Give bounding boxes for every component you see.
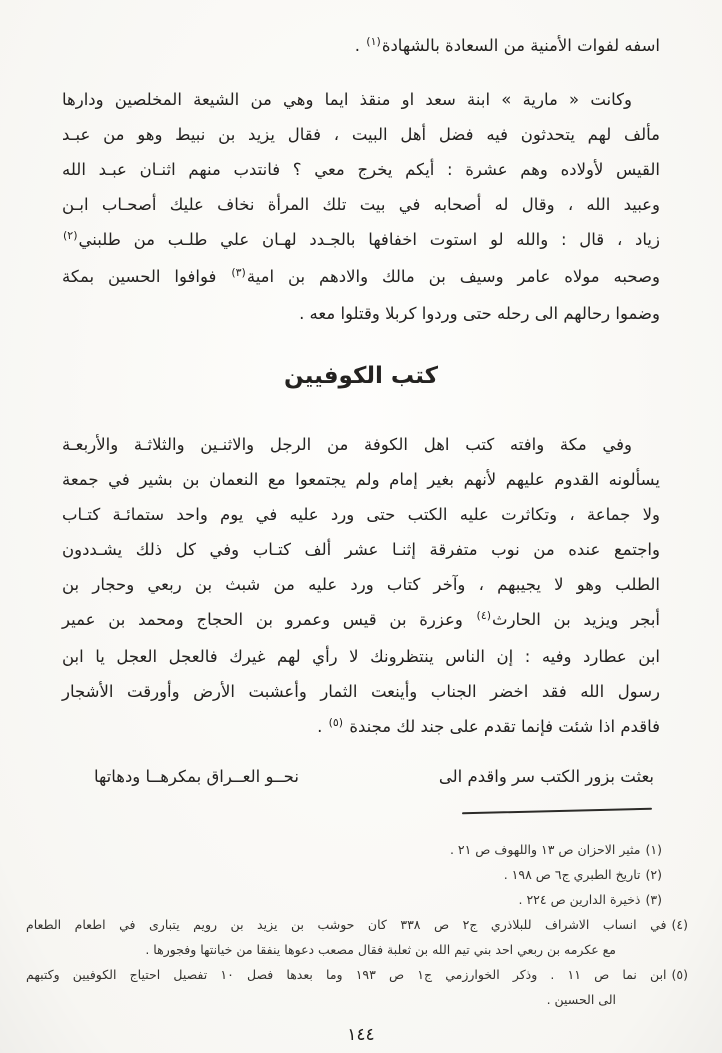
- footnote-text: ابن نما ص ١١ . وذكر الخوارزمي ج١ ص ١٩٣ و…: [26, 967, 667, 982]
- footnote-line: (٥)ابن نما ص ١١ . وذكر الخوارزمي ج١ ص ١٩…: [26, 962, 688, 987]
- text-line: يسألونه القدوم عليهم لأنهم بغير إمام ولم…: [62, 462, 660, 497]
- text-line: ولا جماعة ، وتكاثرت عليه الكتب حتى ورد ع…: [62, 497, 660, 532]
- text-segment: يسألونه القدوم عليهم لأنهم بغير إمام ولم…: [62, 470, 660, 489]
- text-line: فاقدم اذا شئت فإنما تقدم على جند لك مجند…: [62, 709, 660, 746]
- paragraph-mariya: وكانت « مارية » ابنة سعد او منقذ ايما وه…: [62, 82, 660, 331]
- text-segment: اسفه لفوات الأمنية من السعادة بالشهادة: [382, 36, 660, 55]
- footnote-number: (٣): [646, 892, 663, 907]
- footnote-line: (١)مثير الاحزان ص ١٣ واللهوف ص ٢١ .: [26, 837, 688, 862]
- page-number: ١٤٤: [0, 1025, 722, 1045]
- intro-line: اسفه لفوات الأمنية من السعادة بالشهادة(١…: [62, 28, 660, 65]
- footnote-ref: (٣): [231, 266, 246, 279]
- text-segment: .: [355, 36, 366, 55]
- text-line: ابن عطارد وفيه : إن الناس ينتظرونك لا رأ…: [62, 639, 660, 674]
- footnote-line: (٤)في انساب الاشراف للبلاذري ج٢ ص ٣٣٨ كا…: [26, 912, 688, 937]
- text-segment: وضموا رحالهم الى رحله حتى وردوا كربلا وق…: [299, 304, 660, 323]
- footnote-ref: (٤): [477, 609, 492, 622]
- text-line: القيس لأولاده وهم عشرة : أيكم يخرج معي ؟…: [62, 152, 660, 187]
- text-segment: القيس لأولاده وهم عشرة : أيكم يخرج معي ؟…: [62, 160, 660, 179]
- text-segment: أبجر ويزيد بن الحارث: [492, 610, 660, 629]
- text-line: وصحبه مولاه عامر وسيف بن مالك والادهم بن…: [62, 259, 660, 296]
- text-segment: .: [317, 717, 328, 736]
- footnote-number: (٥): [672, 967, 689, 982]
- text-segment: فاقدم اذا شئت فإنما تقدم على جند لك مجند…: [344, 717, 660, 736]
- paragraph-kufa: وفي مكة وافته كتب اهل الكوفة من الرجل وا…: [62, 427, 660, 746]
- text-line: وكانت « مارية » ابنة سعد او منقذ ايما وه…: [62, 82, 660, 117]
- footnote-line: مع عكرمه بن ربعي احد بني تيم الله بن ثعل…: [26, 937, 688, 962]
- verse-second-hemistich: نحــو العــراق بمكرهــا ودهاتها: [94, 759, 299, 794]
- verse-line: بعثت بزور الكتب سر واقدم الى نحــو العــ…: [62, 746, 660, 794]
- text-line: وعبيد الله ، وقال له أصحابه في بيت تلك ا…: [62, 187, 660, 222]
- text-segment: زياد ، قال : والله لو استوت اخفافها بالج…: [79, 230, 660, 249]
- footnote-ref: (١): [366, 35, 381, 48]
- text-line: الطلب وهو لا يجيبهم ، وآخر كتاب ورد عليه…: [62, 567, 660, 602]
- footnote-text: مثير الاحزان ص ١٣ واللهوف ص ٢١ .: [450, 842, 641, 857]
- footnote-text: مع عكرمه بن ربعي احد بني تيم الله بن ثعل…: [145, 942, 616, 957]
- footnote-line: الى الحسين .: [26, 987, 688, 1012]
- text-line: زياد ، قال : والله لو استوت اخفافها بالج…: [62, 222, 660, 259]
- footnote-divider: [462, 808, 652, 815]
- text-column: اسفه لفوات الأمنية من السعادة بالشهادة(١…: [62, 28, 660, 812]
- footnotes-section: (١)مثير الاحزان ص ١٣ واللهوف ص ٢١ .(٢)تا…: [26, 837, 688, 1012]
- verse-first-hemistich: بعثت بزور الكتب سر واقدم الى: [439, 759, 654, 794]
- footnote-number: (٢): [646, 867, 663, 882]
- text-line: مألف لهم يتحدثون فيه فضل أهل البيت ، فقا…: [62, 117, 660, 152]
- footnote-ref: (٢): [63, 229, 78, 242]
- text-line: وضموا رحالهم الى رحله حتى وردوا كربلا وق…: [62, 296, 660, 331]
- section-heading: كتب الكوفيين: [62, 363, 660, 389]
- text-segment: واجتمع عنده من نوب متفرقة إثنـا عشر ألف …: [62, 540, 660, 559]
- text-segment: فوافوا الحسين بمكة: [62, 267, 230, 286]
- text-line: واجتمع عنده من نوب متفرقة إثنـا عشر ألف …: [62, 532, 660, 567]
- book-page: اسفه لفوات الأمنية من السعادة بالشهادة(١…: [0, 0, 722, 1053]
- footnote-number: (٤): [672, 917, 689, 932]
- footnote-text: تاريخ الطبري ج٦ ص ١٩٨ .: [504, 867, 641, 882]
- footnote-ref: (٥): [329, 716, 344, 729]
- text-segment: الطلب وهو لا يجيبهم ، وآخر كتاب ورد عليه…: [62, 575, 660, 594]
- footnote-text: في انساب الاشراف للبلاذري ج٢ ص ٣٣٨ كان ح…: [26, 917, 667, 932]
- text-segment: وصحبه مولاه عامر وسيف بن مالك والادهم بن…: [247, 267, 660, 286]
- text-segment: وكانت « مارية » ابنة سعد او منقذ ايما وه…: [62, 90, 632, 109]
- text-segment: رسول الله فقد اخضر الجناب وأينعت الثمار …: [62, 682, 660, 701]
- text-segment: ولا جماعة ، وتكاثرت عليه الكتب حتى ورد ع…: [62, 505, 660, 524]
- text-segment: وعزرة بن قيس وعمرو بن الحجاج ومحمد بن عم…: [62, 610, 476, 629]
- footnote-line: (٣)ذخيرة الدارين ص ٢٢٤ .: [26, 887, 688, 912]
- text-segment: ابن عطارد وفيه : إن الناس ينتظرونك لا رأ…: [62, 647, 660, 666]
- text-segment: مألف لهم يتحدثون فيه فضل أهل البيت ، فقا…: [62, 125, 660, 144]
- footnote-line: (٢)تاريخ الطبري ج٦ ص ١٩٨ .: [26, 862, 688, 887]
- text-line: أبجر ويزيد بن الحارث(٤) وعزرة بن قيس وعم…: [62, 602, 660, 639]
- footnote-text: الى الحسين .: [547, 992, 616, 1007]
- text-line: وفي مكة وافته كتب اهل الكوفة من الرجل وا…: [62, 427, 660, 462]
- footnote-number: (١): [646, 842, 663, 857]
- footnote-text: ذخيرة الدارين ص ٢٢٤ .: [519, 892, 641, 907]
- text-line: رسول الله فقد اخضر الجناب وأينعت الثمار …: [62, 674, 660, 709]
- text-segment: وفي مكة وافته كتب اهل الكوفة من الرجل وا…: [62, 435, 632, 454]
- text-segment: وعبيد الله ، وقال له أصحابه في بيت تلك ا…: [62, 195, 660, 214]
